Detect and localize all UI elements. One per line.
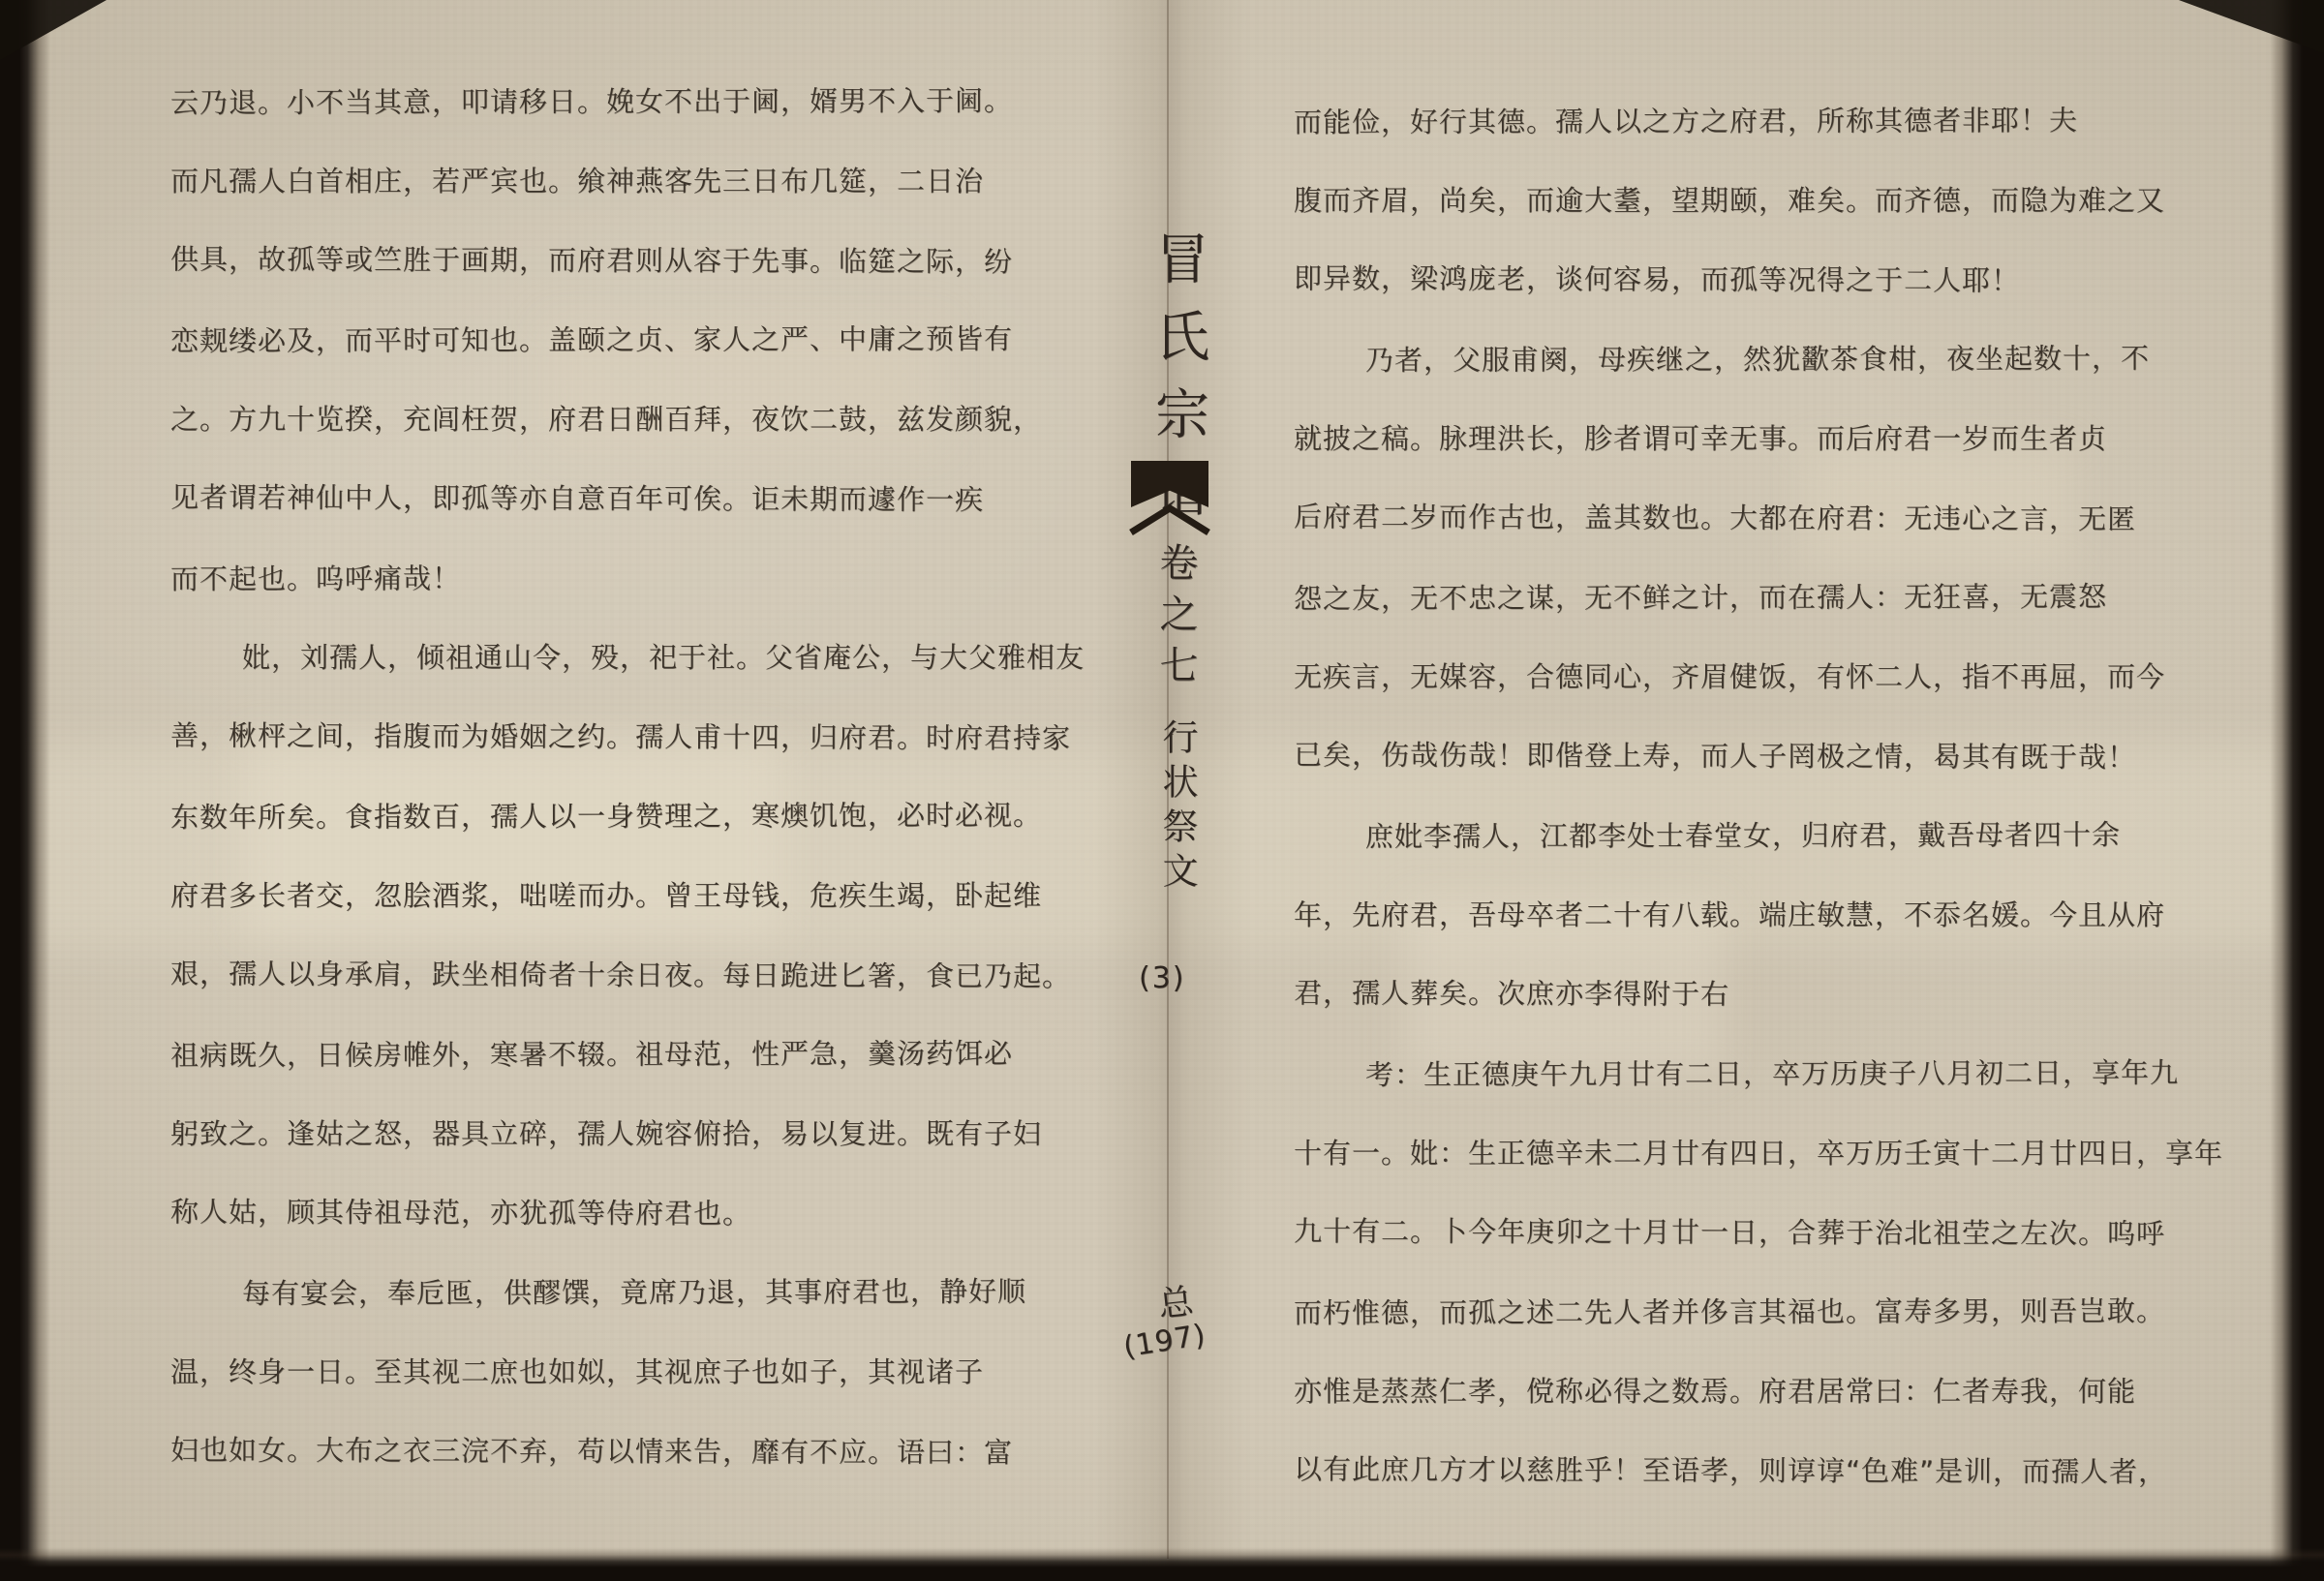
handwritten-text-line: 云乃退。小不当其意，叩请移日。娩女不出于阃，婿男不入于阃。 [170,61,1047,142]
handwritten-text-line: 东数年所矣。食指数百，孺人以一身赞理之，寒燠饥饱，必时必视。 [170,775,1047,857]
handwritten-text-line: 而朽惟德，而孤之述二先人者并侈言其福也。富寿多男，则吾岂敢。 [1294,1271,2243,1353]
handwritten-text-line: 而凡孺人白首相庄，若严宾也。飨神燕客先三日布几筵，二日治 [170,141,1047,221]
handwritten-text-line: 称人姑，顾其侍祖母范，亦犹孤等侍府君也。 [170,1172,1047,1255]
handwritten-text-line: 已矣，伤哉伤哉！即偕登上寿，而人子罔极之情，曷其有既于哉！ [1294,714,2243,797]
fishtail-chevron-icon [1127,503,1212,540]
handwritten-text-line: 而能俭，好行其德。孺人以之方之府君，所称其德者非耶！夫 [1294,80,2243,163]
handwritten-text-line: 怨之友，无不忠之谋，无不鲜之计，而在孺人：无狂喜，无震怒 [1294,557,2243,639]
left-page-text-block: 云乃退。小不当其意，叩请移日。娩女不出于阃，婿男不入于阃。而凡孺人白首相庄，若严… [170,62,1047,1491]
scan-edge-right [2270,0,2324,1581]
handwritten-text-line: 妇也如女。大布之衣三浣不弃，苟以情来告，靡有不应。语曰：富 [170,1411,1047,1493]
handwritten-text-line: 年，先府君，吾母卒者二十有八载。端庄敏慧，不忝名媛。今且从府 [1294,875,2243,955]
handwritten-text-line: 十有一。妣：生正德辛未二月廿有四日，卒万历壬寅十二月廿四日，享年 [1294,1113,2243,1193]
handwritten-text-line: 艰，孺人以身承肩，趺坐相倚者十余日夜。每日跪进匕箸，食已乃起。 [170,934,1047,1017]
handwritten-text-line: 之。方九十览揆，充闾枉贺，府君日酬百拜，夜饮二鼓，兹发颜貌， [170,380,1047,459]
handwritten-text-line: 腹而齐眉，尚矣，而逾大耋，望期颐，难矣。而齐德，而隐为难之又 [1294,161,2243,240]
handwritten-text-line: 以有此庶几方才以慈胜乎！至语孝，则谆谆“色难”是训，而孺人者， [1294,1429,2243,1511]
handwritten-text-line: 亦惟是蒸蒸仁孝，傥称必得之数焉。府君居常曰：仁者寿我，何能 [1294,1352,2243,1431]
handwritten-text-line: 妣，刘孺人，倾祖通山令，殁，祀于社。父省庵公，与大父雅相友 [170,618,1047,697]
handwritten-text-line: 即异数，梁鸿庞老，谈何容易，而孤等况得之于二人耶！ [1294,238,2243,320]
handwritten-text-line: 温，终身一日。至其视二庶也如姒，其视庶子也如子，其视诸子 [170,1332,1047,1412]
spine-footer-character: 总 [1155,1274,1195,1326]
handwritten-text-line: 善，楸枰之间，指腹而为婚姻之约。孺人甫十四，归府君。时府君持家 [170,696,1047,778]
handwritten-text-line: 后府君二岁而作古也，盖其数也。大都在府君：无违心之言，无匿 [1294,476,2243,559]
handwritten-text-line: 君，孺人葬矣。次庶亦李得附于右 [1294,953,2243,1035]
handwritten-text-line: 恋觌缕必及，而平时可知也。盖颐之贞、家人之严、中庸之预皆有 [170,299,1047,380]
spine-page-number: (3) [1139,961,1186,995]
handwritten-text-line: 而不起也。呜呼痛哉！ [170,537,1047,619]
handwritten-text-line: 祖病既久，日候房帷外，寒暑不辍。祖母范，性严急，羹汤药饵必 [170,1014,1047,1095]
right-page-text-block: 而能俭，好行其德。孺人以之方之府君，所称其德者非耶！夫腹而齐眉，尚矣，而逾大耋，… [1294,81,2243,1510]
spine-section-label: 行状祭文 [1150,718,1203,897]
handwritten-text-line: 考：生正德庚午九月廿有二日，卒万历庚子八月初二日，享年九 [1294,1033,2243,1115]
handwritten-text-line: 就披之稿。脉理洪长，胗者谓可幸无事。而后府君一岁而生者贞 [1294,399,2243,478]
scan-edge-left [0,0,50,1581]
handwritten-text-line: 府君多长者交，忽脍酒浆，咄嗟而办。曾王母钱，危疾生竭，卧起维 [170,856,1047,935]
handwritten-text-line: 每有宴会，奉卮匜，供醪馔，竟席乃退，其事府君也，静好顺 [170,1252,1047,1333]
handwritten-text-line: 乃者，父服甫阕，母疾继之，然犹歠茶食柑，夜坐起数十，不 [1294,319,2243,401]
handwritten-text-line: 无疾言，无媒容，合德同心，齐眉健饭，有怀二人，指不再屈，而今 [1294,637,2243,716]
handwritten-text-line: 供具，故孤等或竺胜于画期，而府君则从容于先事。临筵之际，纷 [170,220,1047,302]
handwritten-text-line: 见者谓若神仙中人，即孤等亦自意百年可俟。讵未期而遽作一疾 [170,458,1047,540]
handwritten-text-line: 躬致之。逢姑之怒，器具立碎，孺人婉容俯拾，易以复进。既有子妇 [170,1094,1047,1173]
handwritten-text-line: 庶妣李孺人，江都李处士春堂女，归府君，戴吾母者四十余 [1294,795,2243,877]
scan-edge-bottom [0,1548,2324,1581]
spine-volume-label: 卷之七 [1148,542,1204,696]
handwritten-text-line: 九十有二。卜今年庚卯之十月廿一日，合葬于治北祖茔之左次。呜呼 [1294,1191,2243,1273]
